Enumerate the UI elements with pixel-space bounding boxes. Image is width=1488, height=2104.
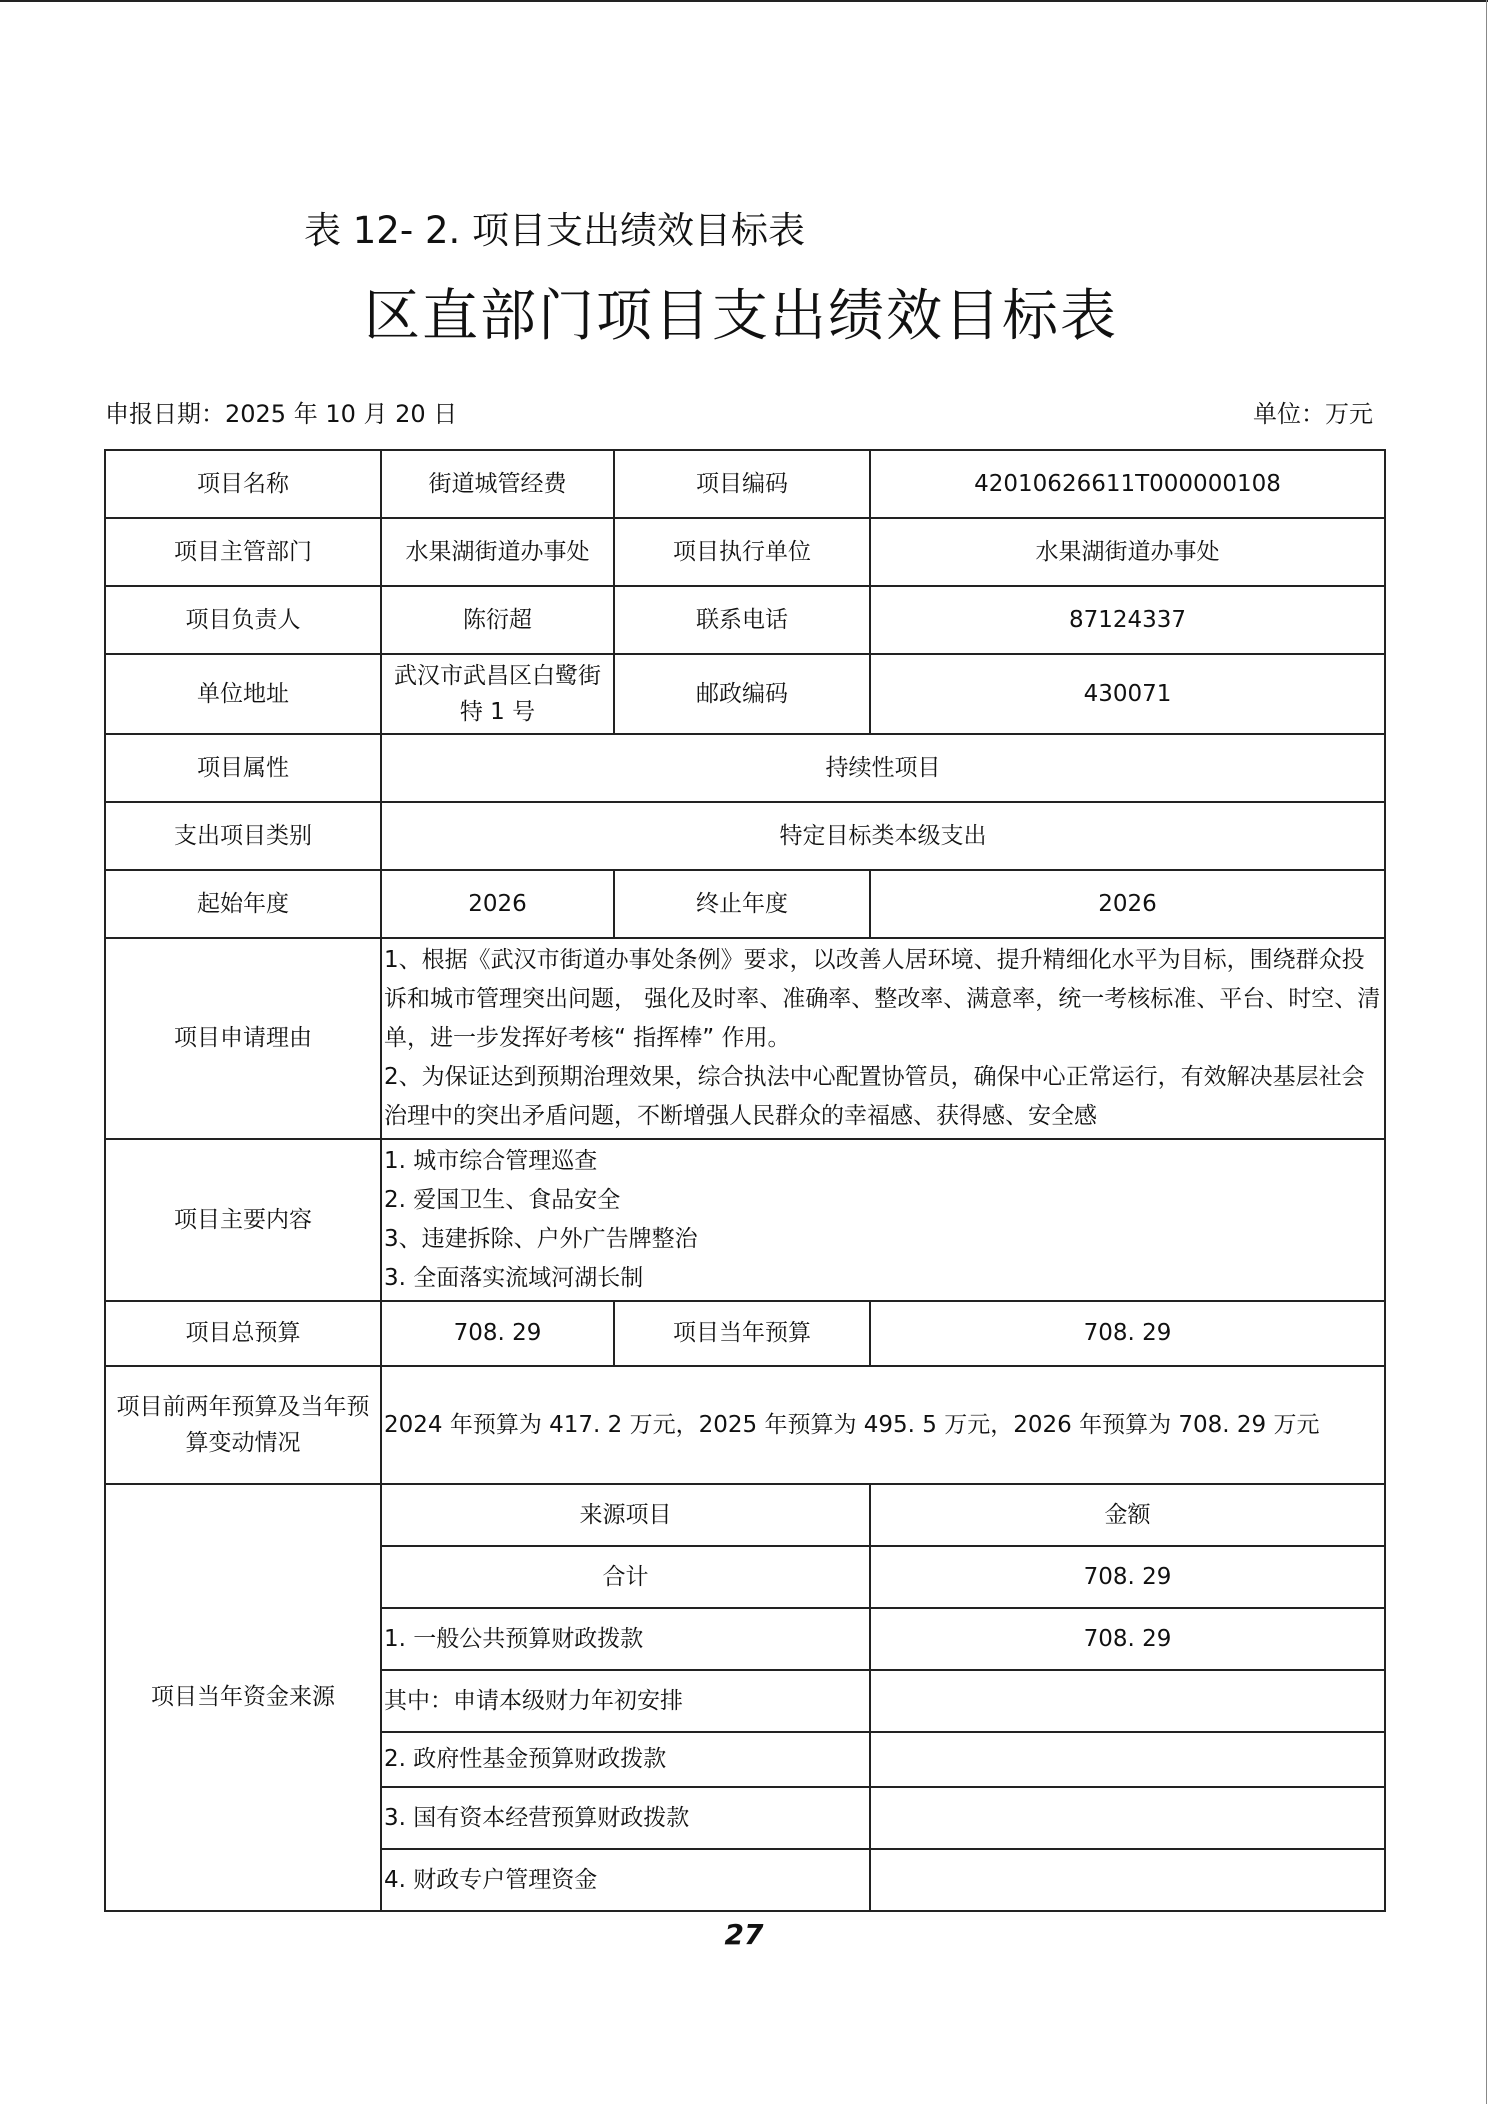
funding-amount — [870, 1849, 1385, 1911]
content-item: 1. 城市综合管理巡查 — [384, 1142, 1382, 1181]
category-value: 特定目标类本级支出 — [381, 802, 1385, 870]
funding-source: 1. 一般公共预算财政拨款 — [381, 1608, 870, 1670]
funding-source: 合计 — [381, 1546, 870, 1608]
reason-label: 项目申请理由 — [105, 938, 381, 1139]
table-row: 项目属性 持续性项目 — [105, 734, 1385, 802]
project-code-value: 42010626611T000000108 — [870, 450, 1385, 518]
supervising-dept-value: 水果湖街道办事处 — [381, 518, 614, 586]
content-value: 1. 城市综合管理巡查 2. 爱国卫生、食品安全 3、违建拆除、户外广告牌整治 … — [381, 1139, 1385, 1301]
funding-source: 4. 财政专户管理资金 — [381, 1849, 870, 1911]
funding-amount — [870, 1670, 1385, 1732]
address-value: 武汉市武昌区白鹭街特 1 号 — [381, 654, 614, 734]
content-item: 2. 爱国卫生、食品安全 — [384, 1181, 1382, 1220]
table-row: 项目负责人 陈衍超 联系电话 87124337 — [105, 586, 1385, 654]
unit-label: 单位：万元 — [1253, 394, 1373, 429]
table-row: 起始年度 2026 终止年度 2026 — [105, 870, 1385, 938]
table-row: 项目主管部门 水果湖街道办事处 项目执行单位 水果湖街道办事处 — [105, 518, 1385, 586]
funding-source: 3. 国有资本经营预算财政拨款 — [381, 1787, 870, 1849]
year-budget-label: 项目当年预算 — [614, 1301, 870, 1366]
total-budget-label: 项目总预算 — [105, 1301, 381, 1366]
executing-unit-value: 水果湖街道办事处 — [870, 518, 1385, 586]
table-row: 项目当年资金来源 来源项目 金额 — [105, 1484, 1385, 1546]
start-year-value: 2026 — [381, 870, 614, 938]
attribute-label: 项目属性 — [105, 734, 381, 802]
table-row: 单位地址 武汉市武昌区白鹭街特 1 号 邮政编码 430071 — [105, 654, 1385, 734]
start-year-label: 起始年度 — [105, 870, 381, 938]
report-date: 申报日期：2025 年 10 月 20 日 — [105, 394, 457, 429]
funding-source: 2. 政府性基金预算财政拨款 — [381, 1732, 870, 1787]
funding-header-amount: 金额 — [870, 1484, 1385, 1546]
phone-value: 87124337 — [870, 586, 1385, 654]
table-row: 项目申请理由 1、根据《武汉市街道办事处条例》要求，以改善人居环境、提升精细化水… — [105, 938, 1385, 1139]
page-top-border — [0, 0, 1488, 2]
end-year-label: 终止年度 — [614, 870, 870, 938]
leader-label: 项目负责人 — [105, 586, 381, 654]
funding-amount: 708. 29 — [870, 1546, 1385, 1608]
executing-unit-label: 项目执行单位 — [614, 518, 870, 586]
reason-value: 1、根据《武汉市街道办事处条例》要求，以改善人居环境、提升精细化水平为目标，围绕… — [381, 938, 1385, 1139]
phone-label: 联系电话 — [614, 586, 870, 654]
year-budget-value: 708. 29 — [870, 1301, 1385, 1366]
budget-change-label: 项目前两年预算及当年预算变动情况 — [105, 1366, 381, 1484]
leader-value: 陈衍超 — [381, 586, 614, 654]
content-item: 3. 全面落实流域河湖长制 — [384, 1259, 1382, 1298]
reason-paragraph-1: 1、根据《武汉市街道办事处条例》要求，以改善人居环境、提升精细化水平为目标，围绕… — [384, 941, 1382, 1058]
content-label: 项目主要内容 — [105, 1139, 381, 1301]
project-code-label: 项目编码 — [614, 450, 870, 518]
address-label: 单位地址 — [105, 654, 381, 734]
funding-source: 其中：申请本级财力年初安排 — [381, 1670, 870, 1732]
page-title: 区直部门项目支出绩效目标表 — [0, 272, 1488, 352]
category-label: 支出项目类别 — [105, 802, 381, 870]
budget-change-value: 2024 年预算为 417. 2 万元，2025 年预算为 495. 5 万元，… — [381, 1366, 1385, 1484]
funding-amount — [870, 1732, 1385, 1787]
funding-amount: 708. 29 — [870, 1608, 1385, 1670]
table-row: 项目主要内容 1. 城市综合管理巡查 2. 爱国卫生、食品安全 3、违建拆除、户… — [105, 1139, 1385, 1301]
end-year-value: 2026 — [870, 870, 1385, 938]
total-budget-value: 708. 29 — [381, 1301, 614, 1366]
content-item: 3、违建拆除、户外广告牌整治 — [384, 1220, 1382, 1259]
postcode-label: 邮政编码 — [614, 654, 870, 734]
postcode-value: 430071 — [870, 654, 1385, 734]
attribute-value: 持续性项目 — [381, 734, 1385, 802]
funding-amount — [870, 1787, 1385, 1849]
page-number: 27 — [0, 1918, 1488, 1951]
performance-target-table: 项目名称 街道城管经费 项目编码 42010626611T000000108 项… — [104, 449, 1386, 1912]
funding-header-source: 来源项目 — [381, 1484, 870, 1546]
table-row: 支出项目类别 特定目标类本级支出 — [105, 802, 1385, 870]
page-title-text: 区直部门项目支出绩效目标表 — [364, 284, 1118, 349]
funding-label: 项目当年资金来源 — [105, 1484, 381, 1911]
table-row: 项目名称 街道城管经费 项目编码 42010626611T000000108 — [105, 450, 1385, 518]
project-name-label: 项目名称 — [105, 450, 381, 518]
table-row: 项目前两年预算及当年预算变动情况 2024 年预算为 417. 2 万元，202… — [105, 1366, 1385, 1484]
table-caption: 表 12- 2. 项目支出绩效目标表 — [304, 200, 805, 254]
project-name-value: 街道城管经费 — [381, 450, 614, 518]
supervising-dept-label: 项目主管部门 — [105, 518, 381, 586]
table-row: 项目总预算 708. 29 项目当年预算 708. 29 — [105, 1301, 1385, 1366]
reason-paragraph-2: 2、为保证达到预期治理效果，综合执法中心配置协管员，确保中心正常运行，有效解决基… — [384, 1058, 1382, 1136]
